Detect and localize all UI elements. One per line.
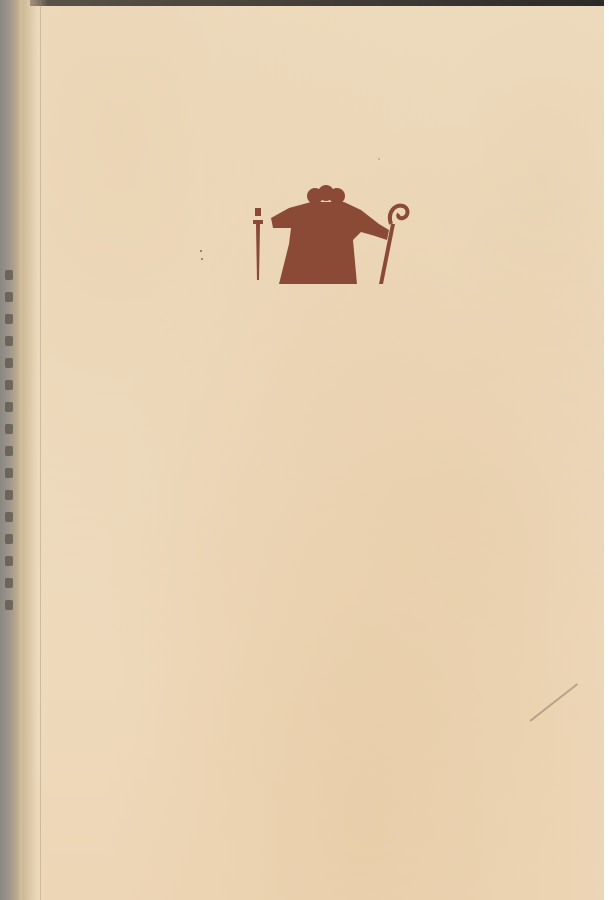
monk-emblem-icon bbox=[249, 184, 411, 288]
top-edge bbox=[30, 0, 604, 6]
spine-hinge bbox=[22, 0, 48, 900]
speck bbox=[200, 250, 202, 252]
book-cover bbox=[0, 0, 604, 900]
speck bbox=[201, 258, 203, 260]
book-spine bbox=[0, 0, 22, 900]
spine-lettering bbox=[2, 270, 16, 570]
speck bbox=[378, 158, 380, 160]
hinge-line bbox=[40, 0, 41, 900]
right-margin bbox=[604, 0, 609, 900]
